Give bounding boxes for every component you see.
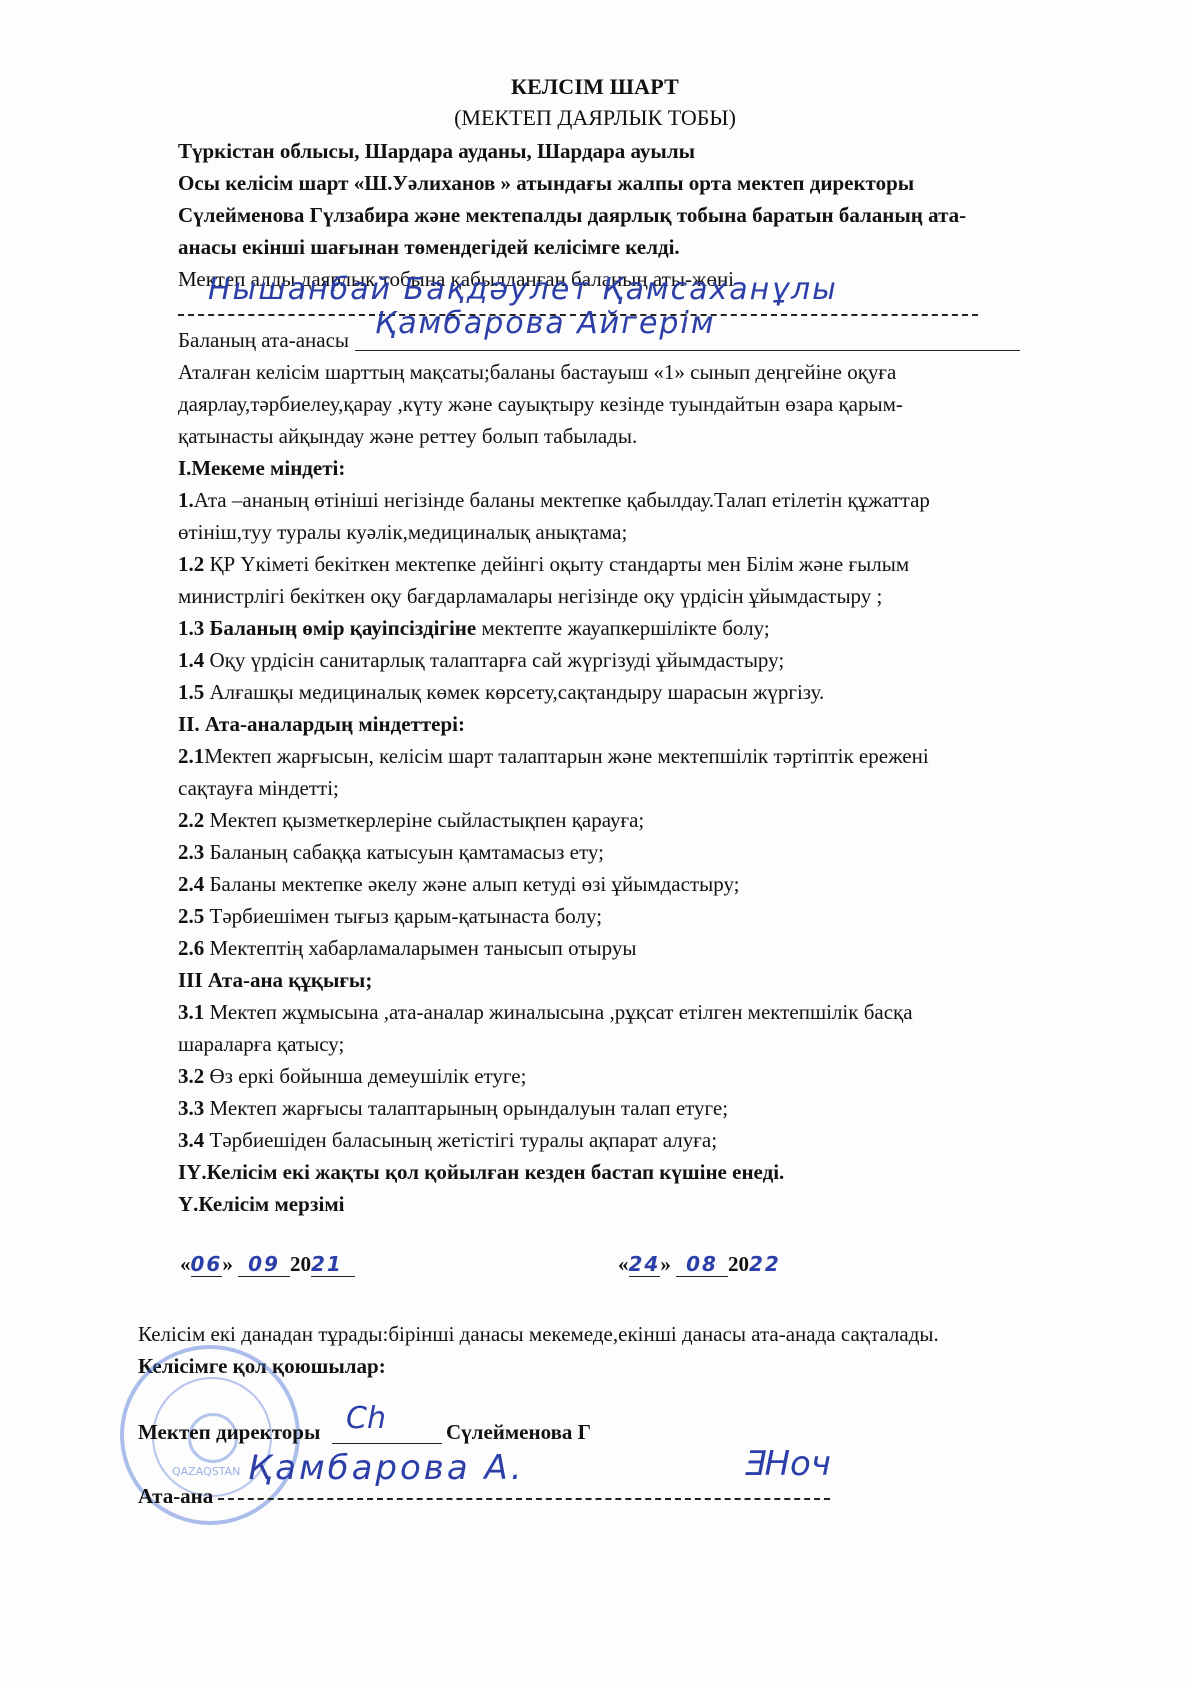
- s1-item-3: 1.3 Баланың өмір қауіпсіздігіне мектепте…: [178, 614, 770, 642]
- s3-item-1: 3.1 Мектеп жұмысына ,ата-аналар жиналысы…: [178, 998, 913, 1026]
- parent-label: Баланың ата-анасы: [178, 326, 349, 354]
- s3-item-4: 3.4 Тәрбиешіден баласының жетістігі тура…: [178, 1126, 717, 1154]
- end-month: 08: [676, 1252, 728, 1277]
- director-name: Сүлейменова Г: [446, 1418, 591, 1446]
- s3-item-3: 3.3 Мектеп жарғысы талаптарының орындалу…: [178, 1094, 728, 1122]
- start-month: 09: [238, 1252, 290, 1277]
- purpose-line-2: даярлау,тәрбиелеу,қарау ,күту және сауық…: [178, 390, 903, 418]
- s1-item-1: 1.Ата –ананың өтініші негізінде баланы м…: [178, 486, 930, 514]
- parent-field: Қамбарова Айгерім: [355, 300, 1020, 351]
- section-3-title: ІІІ Ата-ана құқығы;: [178, 966, 372, 994]
- intro-line-1: Осы келісім шарт «Ш.Уәлиханов » атындағы…: [178, 169, 914, 197]
- s3-item-1-cont: шараларға қатысу;: [178, 1030, 344, 1058]
- parent-sign-label: Ата-ана: [138, 1482, 213, 1510]
- purpose-line-1: Аталған келісім шарттың мақсаты;баланы б…: [178, 358, 896, 386]
- end-day: 24: [629, 1252, 661, 1277]
- s2-item-5: 2.5 Тәрбиешімен тығыз қарым-қатынаста бо…: [178, 902, 602, 930]
- parent-sign-field: Қамбарова А. ƎНоч: [218, 1476, 830, 1500]
- parent-sign-value: Қамбарова А.: [248, 1448, 525, 1488]
- start-day: 06: [191, 1252, 223, 1277]
- intro-line-3: анасы екінші шағынан төмендегідей келісі…: [178, 233, 680, 261]
- s1-item-2: 1.2 ҚР Үкіметі бекіткен мектепке дейінгі…: [178, 550, 909, 578]
- copies-note: Келісім екі данадан тұрады:бірінші данас…: [138, 1320, 939, 1348]
- s1-item-2-cont: министрлігі бекіткен оқу бағдарламалары …: [178, 582, 882, 610]
- document-page: КЕЛСІМ ШАРТ (МЕКТЕП ДАЯРЛЫК ТОБЫ) Түркіс…: [0, 0, 1190, 1683]
- director-label: Мектеп директоры: [138, 1418, 320, 1446]
- s2-item-3: 2.3 Баланың сабаққа катысуын қамтамасыз …: [178, 838, 604, 866]
- section-4-title: ІҮ.Келісім екі жақты қол қойылған кезден…: [178, 1158, 784, 1186]
- end-date: «24» 082022: [618, 1250, 781, 1278]
- section-1-title: І.Мекеме міндеті:: [178, 454, 345, 482]
- director-signature: Сh: [346, 1401, 386, 1436]
- document-title: КЕЛСІМ ШАРТ: [0, 74, 1190, 100]
- s2-item-4: 2.4 Баланы мектепке әкелу және алып кету…: [178, 870, 740, 898]
- parent-signature: ƎНоч: [743, 1444, 831, 1484]
- start-date: «06» 092021: [180, 1250, 355, 1278]
- location-line: Түркістан облысы, Шардара ауданы, Шардар…: [178, 137, 695, 165]
- s1-item-4: 1.4 Оқу үрдісін санитарлық талаптарға са…: [178, 646, 784, 674]
- document-subtitle: (МЕКТЕП ДАЯРЛЫК ТОБЫ): [0, 105, 1190, 131]
- s1-item-1-cont: өтініш,туу туралы куәлік,медициналық аны…: [178, 518, 627, 546]
- intro-line-2: Сүлейменова Гүлзабира және мектепалды да…: [178, 201, 966, 229]
- s2-item-1: 2.1Мектеп жарғысын, келісім шарт талапта…: [178, 742, 929, 770]
- start-year: 21: [311, 1252, 355, 1277]
- director-signature-field: Сh: [332, 1415, 442, 1444]
- section-5-title: Ү.Келісім мерзімі: [178, 1190, 344, 1218]
- section-2-title: ІІ. Ата-аналардың міндеттері:: [178, 710, 465, 738]
- purpose-line-3: қатынасты айқындау және реттеу болып таб…: [178, 422, 637, 450]
- s3-item-2: 3.2 Өз еркі бойынша демеушілік етуге;: [178, 1062, 526, 1090]
- s2-item-6: 2.6 Мектептің хабарламаларымен танысып о…: [178, 934, 636, 962]
- end-year: 22: [749, 1252, 781, 1276]
- s2-item-1-cont: сақтауға міндетті;: [178, 774, 339, 802]
- parent-value: Қамбарова Айгерім: [375, 306, 715, 341]
- s1-item-5: 1.5 Алғашқы медициналық көмек көрсету,са…: [178, 678, 824, 706]
- s2-item-2: 2.2 Мектеп қызметкерлеріне сыйластықпен …: [178, 806, 644, 834]
